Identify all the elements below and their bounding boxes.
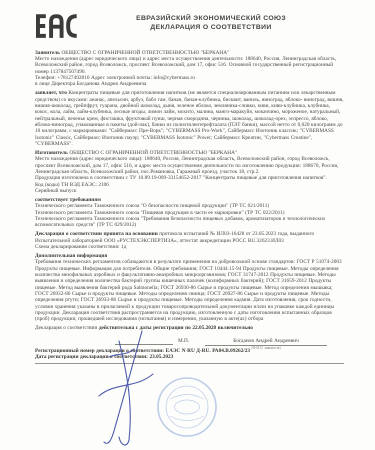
- validity-dates: действительна с даты регистрации по 22.0…: [99, 325, 253, 331]
- signature-row: М.П. Богданов Андрей Андреевич (Ф.И.О. з…: [35, 335, 344, 348]
- stamp-place-label: М.П.: [178, 338, 189, 344]
- declares-label: заявляет, что: [35, 90, 67, 96]
- requirement-tr-029: Технического регламента Таможенного союз…: [35, 216, 344, 229]
- signatory-block: Богданов Андрей Андреевич (Ф.И.О. заявит…: [205, 338, 327, 350]
- signatory-name: Богданов Андрей Андреевич: [205, 338, 327, 346]
- declares-line: заявляет, что Концентраты пищевые для пр…: [35, 90, 344, 147]
- production-tu: Продукция изготовлена в соответствии с Т…: [35, 175, 344, 181]
- registration-date-line: Дата регистрации декларации о соответств…: [35, 354, 344, 360]
- bottom-divider: [35, 363, 344, 364]
- title-declaration: ДЕКЛАРАЦИЯ О СООТВЕТСТВИИ: [78, 23, 344, 32]
- registration-date: 23.05.2023: [149, 354, 173, 360]
- basis-line: Декларация о соответствии принята на осн…: [35, 231, 344, 244]
- round-stamp-icon: [158, 378, 216, 436]
- applicant-name: ОБЩЕСТВО С ОГРАНИЧЕННОЙ ОТВЕТСТВЕННОСТЬЮ…: [61, 50, 229, 56]
- document-title: ЕВРАЗИЙСКИЙ ЭКОНОМИЧЕСКИЙ СОЮЗ ДЕКЛАРАЦИ…: [78, 10, 344, 42]
- document-body: Заявитель ОБЩЕСТВО С ОГРАНИЧЕННОЙ ОТВЕТС…: [35, 47, 344, 364]
- declaration-of-conformity-document: ЕВРАЗИЙСКИЙ ЭКОНОМИЧЕСКИЙ СОЮЗ ДЕКЛАРАЦИ…: [0, 0, 375, 450]
- applicant-representative: в лице Директора Богданова Андрея Андрее…: [35, 81, 344, 87]
- document-header: ЕВРАЗИЙСКИЙ ЭКОНОМИЧЕСКИЙ СОЮЗ ДЕКЛАРАЦИ…: [36, 10, 344, 42]
- applicant-label: Заявитель: [35, 50, 60, 56]
- eac-logo-icon: [36, 10, 78, 42]
- declaration-scheme: Схема декларирования соответствия: 1д: [35, 244, 344, 250]
- additional-info-text: Требования технических регламентов соблю…: [35, 259, 344, 322]
- issue-type: Серийный выпуск: [35, 188, 344, 194]
- title-union: ЕВРАЗИЙСКИЙ ЭКОНОМИЧЕСКИЙ СОЮЗ: [78, 14, 344, 23]
- basis-label: Декларация о соответствии принята на осн…: [35, 231, 158, 237]
- signatory-caption: (Ф.И.О. заявителя): [205, 346, 327, 351]
- applicant-address: Место нахождения (адрес юридического лиц…: [35, 56, 344, 75]
- validity-line: Декларация о соответствии действительна …: [35, 325, 344, 331]
- product-description: Концентраты пищевые для приготовления на…: [35, 90, 343, 147]
- signature-line: [115, 344, 173, 345]
- manufacturer-address: Место нахождения (адрес юридического лиц…: [35, 156, 344, 175]
